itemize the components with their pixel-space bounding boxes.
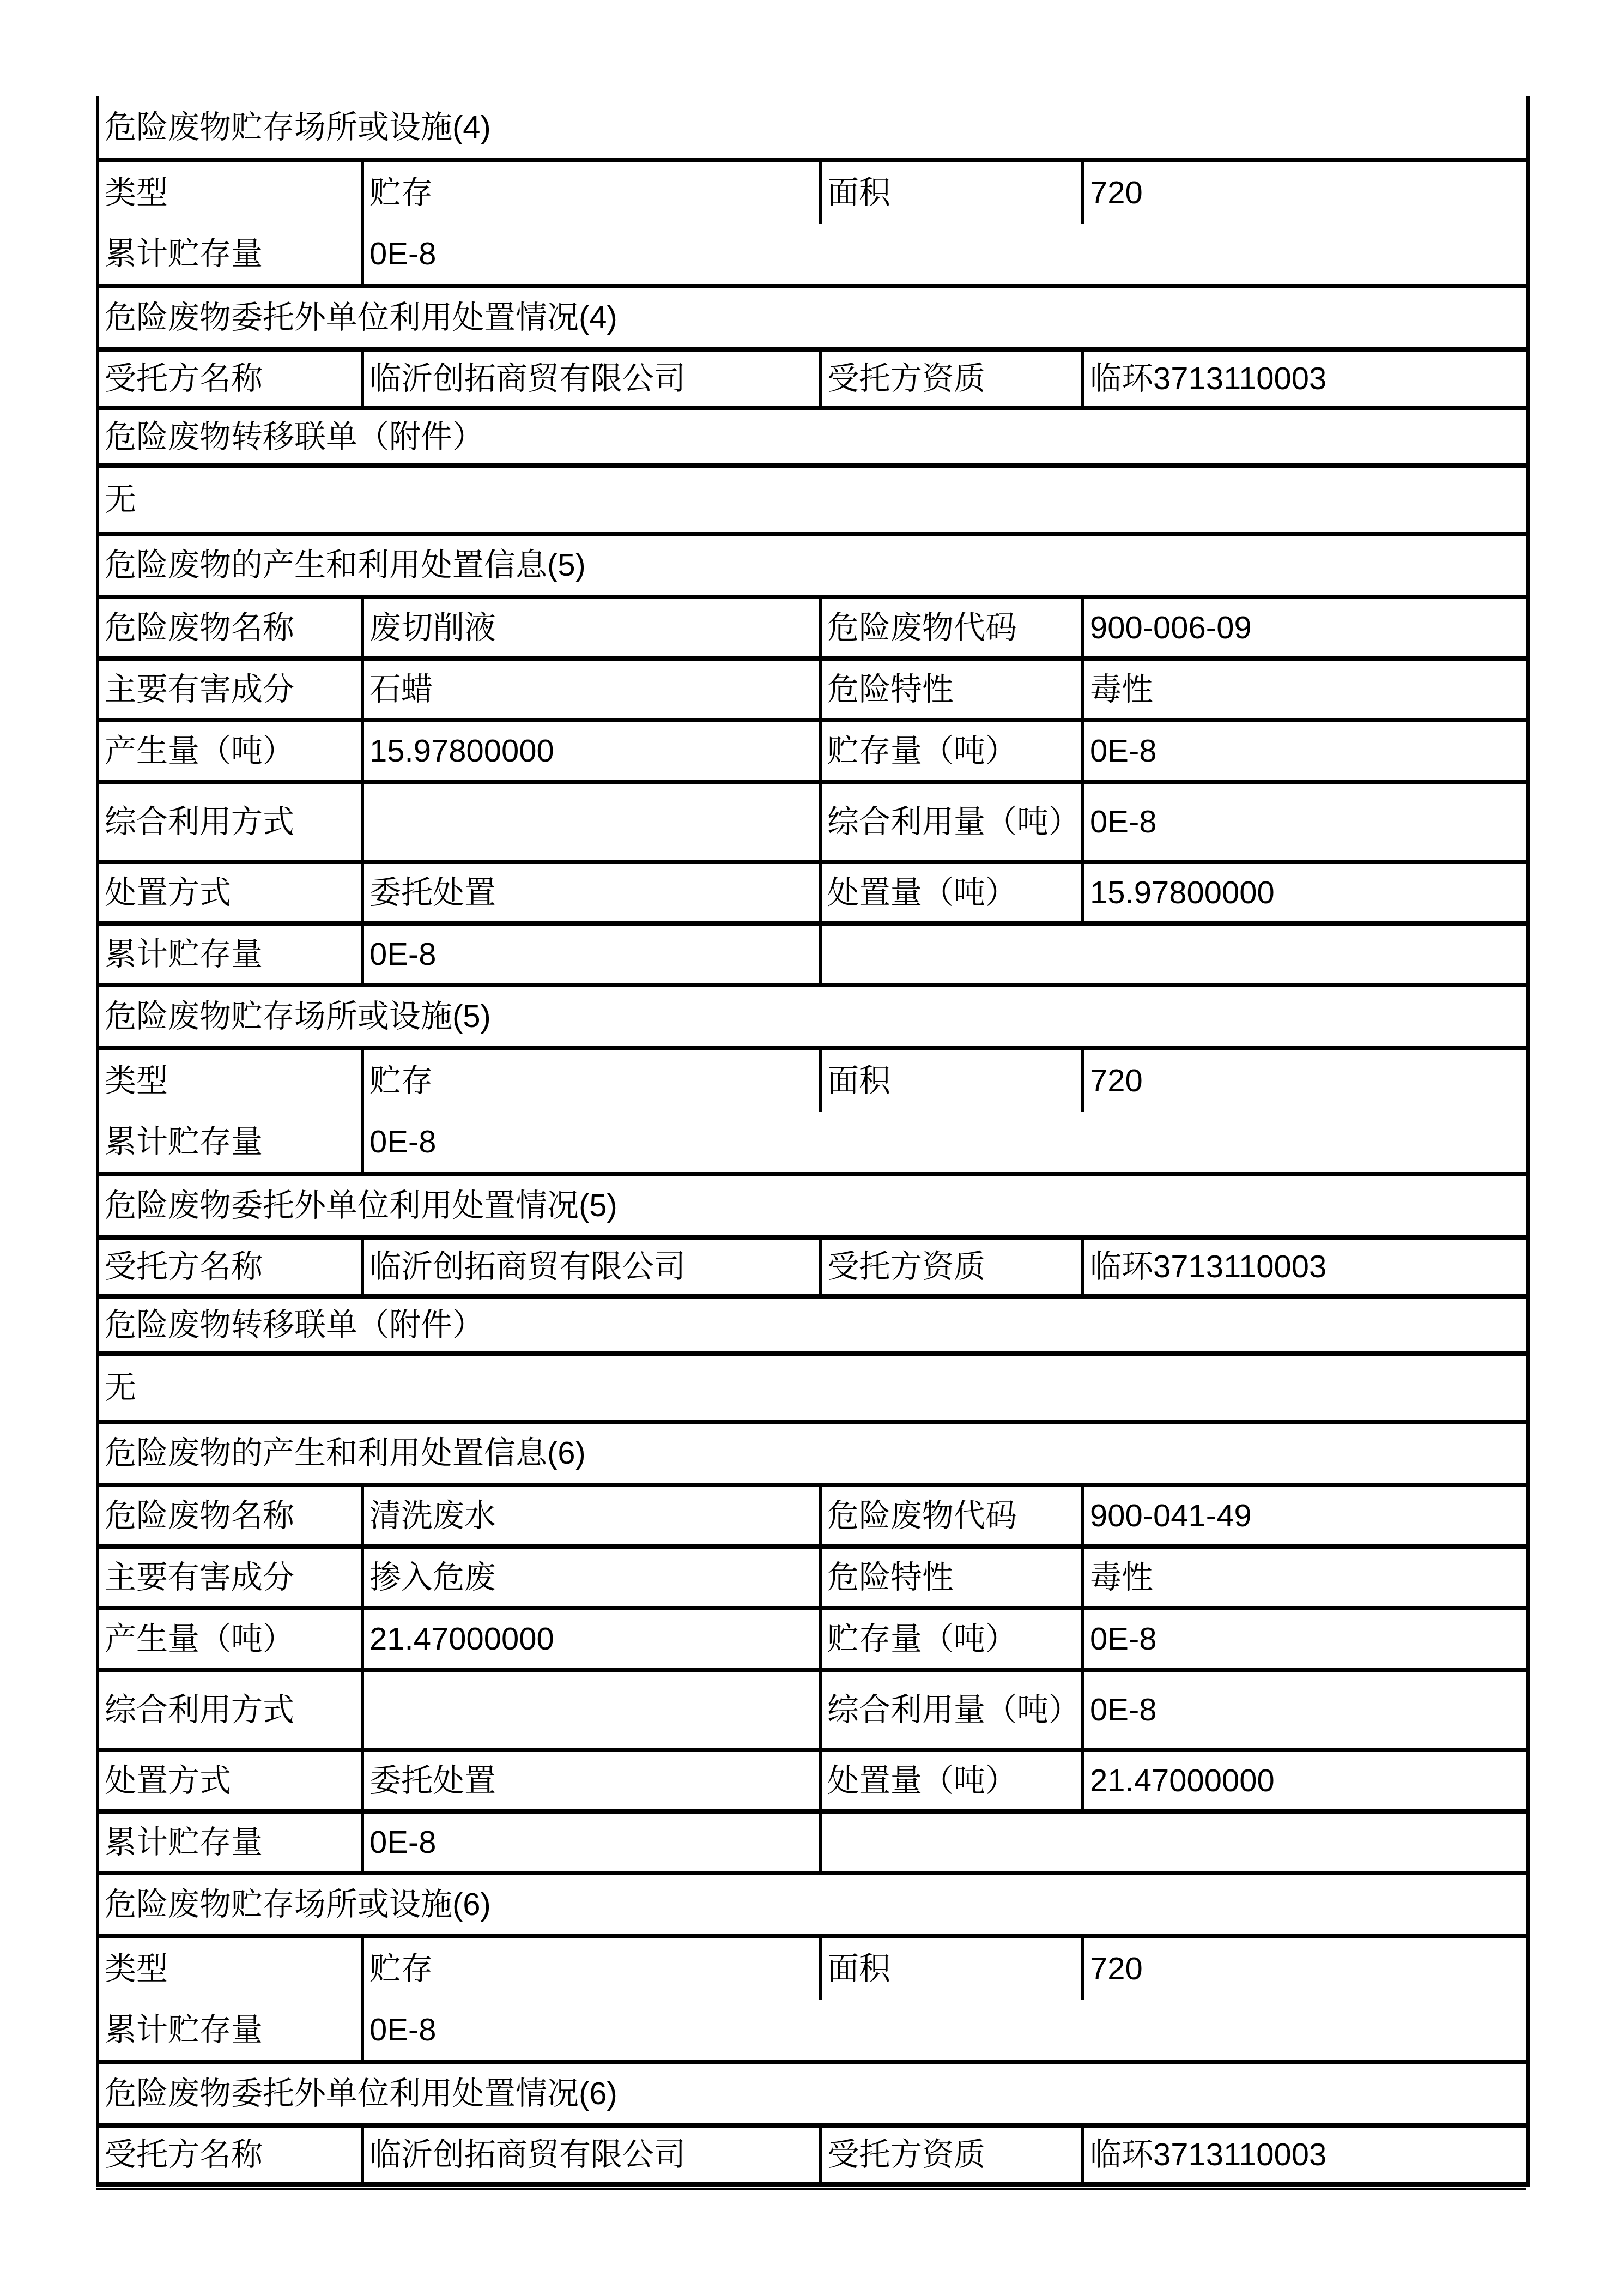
field-value: 21.47000000: [1083, 1750, 1528, 1811]
field-label: 处置量（吨）: [820, 1750, 1083, 1811]
section-row: 危险废物转移联单（附件）: [98, 408, 1528, 466]
field-label: 处置量（吨）: [820, 862, 1083, 923]
field-label: 处置方式: [98, 862, 362, 923]
field-label: 受托方资质: [820, 349, 1083, 408]
table-row: 处置方式 委托处置 处置量（吨） 21.47000000: [98, 1750, 1528, 1811]
field-value: 贮存: [362, 160, 820, 224]
field-value: 清洗废水: [362, 1485, 820, 1547]
field-label: 综合利用量（吨）: [820, 782, 1083, 862]
field-value: 15.97800000: [362, 720, 820, 782]
table-row: 累计贮存量 0E-8: [98, 1811, 1528, 1873]
field-value: 0E-8: [1083, 782, 1528, 862]
section-row: 危险废物的产生和利用处置信息(6): [98, 1422, 1528, 1485]
section-title: 危险废物转移联单（附件）: [98, 408, 1528, 466]
field-label: 累计贮存量: [98, 1811, 362, 1873]
table-row: 累计贮存量 0E-8: [98, 1112, 1528, 1174]
field-label: 类型: [98, 1048, 362, 1112]
field-label: 累计贮存量: [98, 923, 362, 985]
field-label: 贮存量（吨）: [820, 1608, 1083, 1670]
field-label: 处置方式: [98, 1750, 362, 1811]
field-value: 毒性: [1083, 659, 1528, 720]
section-title: 危险废物委托外单位利用处置情况(6): [98, 2062, 1528, 2125]
table-row: 受托方名称 临沂创拓商贸有限公司 受托方资质 临环3713110003: [98, 2125, 1528, 2184]
section-row: 危险废物委托外单位利用处置情况(6): [98, 2062, 1528, 2125]
field-label: 受托方名称: [98, 2125, 362, 2184]
section-title: 危险废物贮存场所或设施(6): [98, 1873, 1528, 1936]
field-value: 0E-8: [362, 923, 820, 985]
table-row: 类型 贮存 面积 720: [98, 1936, 1528, 2000]
hazardous-waste-report-table: 危险废物贮存场所或设施(4) 类型 贮存 面积 720 累计贮存量 0E-8 危…: [96, 96, 1530, 2187]
field-value: 0E-8: [362, 1811, 820, 1873]
field-value: [820, 923, 1528, 985]
table-row: 主要有害成分 掺入危废 危险特性 毒性: [98, 1547, 1528, 1608]
section-row: 危险废物委托外单位利用处置情况(4): [98, 286, 1528, 349]
section-row: 危险废物贮存场所或设施(6): [98, 1873, 1528, 1936]
field-label: 面积: [820, 1936, 1083, 2000]
field-value: 临环3713110003: [1083, 1237, 1528, 1296]
table-row: 类型 贮存 面积 720: [98, 1048, 1528, 1112]
field-label: 综合利用方式: [98, 782, 362, 862]
table-row: 综合利用方式 综合利用量（吨） 0E-8: [98, 782, 1528, 862]
field-label: 面积: [820, 160, 1083, 224]
field-label: 受托方名称: [98, 1237, 362, 1296]
field-label: 主要有害成分: [98, 659, 362, 720]
field-value: 毒性: [1083, 1547, 1528, 1608]
field-value: 贮存: [362, 1048, 820, 1112]
table-row: 处置方式 委托处置 处置量（吨） 15.97800000: [98, 862, 1528, 923]
field-label: 产生量（吨）: [98, 720, 362, 782]
table-row: 产生量（吨） 21.47000000 贮存量（吨） 0E-8: [98, 1608, 1528, 1670]
section-title: 危险废物的产生和利用处置信息(5): [98, 534, 1528, 597]
table-row: 累计贮存量 0E-8: [98, 2000, 1528, 2062]
table-row: 无: [98, 1354, 1528, 1422]
field-label: 危险特性: [820, 1547, 1083, 1608]
field-value: [362, 1670, 820, 1750]
field-value: 无: [98, 466, 1528, 534]
section-row: 危险废物贮存场所或设施(5): [98, 985, 1528, 1048]
section-title: 危险废物贮存场所或设施(5): [98, 985, 1528, 1048]
field-label: 产生量（吨）: [98, 1608, 362, 1670]
field-value: 贮存: [362, 1936, 820, 2000]
field-value: 0E-8: [1083, 1670, 1528, 1750]
table-row: 累计贮存量 0E-8: [98, 224, 1528, 286]
section-row: 危险废物转移联单（附件）: [98, 1296, 1528, 1354]
field-value: 无: [98, 1354, 1528, 1422]
field-label: 危险废物代码: [820, 1485, 1083, 1547]
field-value: 0E-8: [1083, 1608, 1528, 1670]
field-label: 危险废物代码: [820, 597, 1083, 659]
field-label: 类型: [98, 160, 362, 224]
field-label: 受托方资质: [820, 2125, 1083, 2184]
field-label: 类型: [98, 1936, 362, 2000]
report-table-container: 危险废物贮存场所或设施(4) 类型 贮存 面积 720 累计贮存量 0E-8 危…: [96, 96, 1526, 2190]
field-label: 综合利用量（吨）: [820, 1670, 1083, 1750]
section-row: 危险废物贮存场所或设施(4): [98, 96, 1528, 160]
field-value: 掺入危废: [362, 1547, 820, 1608]
field-value: 15.97800000: [1083, 862, 1528, 923]
field-label: 累计贮存量: [98, 1112, 362, 1174]
field-value: 临环3713110003: [1083, 2125, 1528, 2184]
field-value: 720: [1083, 160, 1528, 224]
table-row: 主要有害成分 石蜡 危险特性 毒性: [98, 659, 1528, 720]
section-row: 危险废物的产生和利用处置信息(5): [98, 534, 1528, 597]
field-value: 720: [1083, 1048, 1528, 1112]
field-value: 石蜡: [362, 659, 820, 720]
section-row: 危险废物委托外单位利用处置情况(5): [98, 1174, 1528, 1237]
field-value: 废切削液: [362, 597, 820, 659]
field-value: 900-041-49: [1083, 1485, 1528, 1547]
section-title: 危险废物委托外单位利用处置情况(4): [98, 286, 1528, 349]
field-value: 0E-8: [1083, 720, 1528, 782]
table-row: 产生量（吨） 15.97800000 贮存量（吨） 0E-8: [98, 720, 1528, 782]
field-label: 累计贮存量: [98, 2000, 362, 2062]
field-label: 贮存量（吨）: [820, 720, 1083, 782]
field-value: 720: [1083, 1936, 1528, 2000]
field-label: 累计贮存量: [98, 224, 362, 286]
field-value: 委托处置: [362, 1750, 820, 1811]
field-value: 临沂创拓商贸有限公司: [362, 1237, 820, 1296]
table-row: 类型 贮存 面积 720: [98, 160, 1528, 224]
field-value: 21.47000000: [362, 1608, 820, 1670]
field-value: 临沂创拓商贸有限公司: [362, 349, 820, 408]
page: 危险废物贮存场所或设施(4) 类型 贮存 面积 720 累计贮存量 0E-8 危…: [0, 0, 1624, 2295]
table-row: 累计贮存量 0E-8: [98, 923, 1528, 985]
section-title: 危险废物贮存场所或设施(4): [98, 96, 1528, 160]
field-value: 0E-8: [362, 2000, 1528, 2062]
field-label: 危险废物名称: [98, 597, 362, 659]
section-title: 危险废物转移联单（附件）: [98, 1296, 1528, 1354]
field-value: 0E-8: [362, 1112, 1528, 1174]
table-row: 危险废物名称 废切削液 危险废物代码 900-006-09: [98, 597, 1528, 659]
table-row: 综合利用方式 综合利用量（吨） 0E-8: [98, 1670, 1528, 1750]
section-title: 危险废物的产生和利用处置信息(6): [98, 1422, 1528, 1485]
field-value: 临沂创拓商贸有限公司: [362, 2125, 820, 2184]
field-label: 受托方名称: [98, 349, 362, 408]
field-label: 面积: [820, 1048, 1083, 1112]
section-title: 危险废物委托外单位利用处置情况(5): [98, 1174, 1528, 1237]
field-value: [362, 782, 820, 862]
field-label: 受托方资质: [820, 1237, 1083, 1296]
table-row: 无: [98, 466, 1528, 534]
table-row: 受托方名称 临沂创拓商贸有限公司 受托方资质 临环3713110003: [98, 349, 1528, 408]
field-label: 综合利用方式: [98, 1670, 362, 1750]
field-label: 危险特性: [820, 659, 1083, 720]
field-value: 临环3713110003: [1083, 349, 1528, 408]
field-label: 危险废物名称: [98, 1485, 362, 1547]
field-value: 900-006-09: [1083, 597, 1528, 659]
field-label: 主要有害成分: [98, 1547, 362, 1608]
field-value: [820, 1811, 1528, 1873]
field-value: 委托处置: [362, 862, 820, 923]
field-value: 0E-8: [362, 224, 1528, 286]
table-row: 危险废物名称 清洗废水 危险废物代码 900-041-49: [98, 1485, 1528, 1547]
table-row: 受托方名称 临沂创拓商贸有限公司 受托方资质 临环3713110003: [98, 1237, 1528, 1296]
